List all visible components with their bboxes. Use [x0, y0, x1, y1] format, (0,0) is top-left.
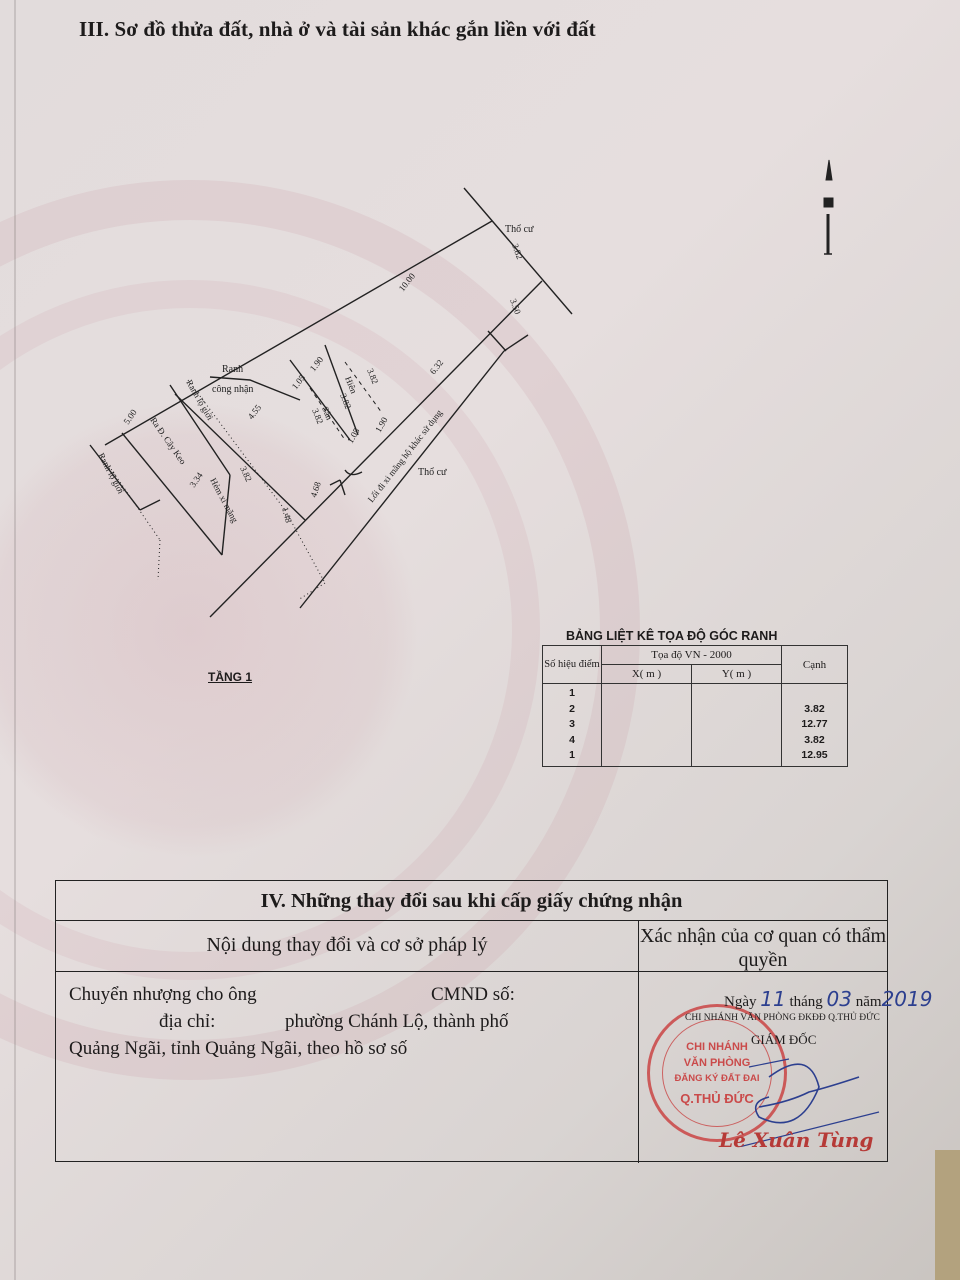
header-x: X( m ) [602, 665, 692, 684]
label-ranh-lo-gioi-1: Ranh lộ giới [184, 378, 215, 422]
dim-6-32: 6.32 [428, 358, 446, 377]
north-arrow-icon [824, 160, 833, 254]
col-confirm-header: Xác nhận của cơ quan có thẩm quyền [639, 921, 887, 971]
column-edges: 3.82 12.77 3.82 12.95 [782, 684, 848, 767]
dim-5-00: 5.00 [121, 407, 139, 426]
edge-1 [782, 686, 847, 702]
header-y: Y( m ) [692, 665, 782, 684]
label-tho-cu-top: Thổ cư [505, 224, 534, 235]
dim-3-82-hien: 3.82 [365, 367, 380, 385]
label-ranh-lo-gioi-2: Ranh lộ giới [96, 451, 126, 496]
coord-table: Số hiệu điểm Tọa độ VN - 2000 Cạnh X( m … [542, 645, 848, 767]
change-content: Chuyển nhượng cho ông CMND số: địa chỉ: … [56, 972, 639, 1163]
dim-3-34: 3.34 [187, 470, 205, 489]
dim-4-68: 4.68 [308, 480, 323, 499]
label-hem: Hẻm xi măng [208, 476, 240, 524]
address-label: địa chỉ: [159, 1011, 215, 1033]
address-text: phường Chánh Lộ, thành phố [285, 1011, 509, 1033]
coord-table-title: BẢNG LIỆT KÊ TỌA ĐỘ GÓC RANH [566, 629, 777, 643]
changes-table: IV. Những thay đổi sau khi cấp giấy chứn… [55, 880, 888, 1162]
edge-3: 12.77 [782, 717, 847, 733]
month-value: 03 [827, 987, 852, 1011]
signer-name: Lê Xuân Tùng [719, 1128, 873, 1152]
branch-name: CHI NHÁNH VĂN PHÒNG ĐKĐĐ Q.THỦ ĐỨC [685, 1013, 880, 1023]
dim-3-82-san: 3.82 [338, 392, 353, 410]
dim-1-05-b: 1.05 [345, 426, 362, 445]
land-plot-diagram: Thổ cư Thổ cư Ranh công nhận Ranh lộ giớ… [0, 0, 960, 720]
position-title: GIÁM ĐỐC [751, 1032, 816, 1048]
label-ra-duong: Ra Đ. Cây Keo [148, 415, 188, 466]
dim-4-55: 4.55 [246, 402, 264, 421]
header-point: Số hiệu điểm [543, 646, 602, 684]
header-system: Tọa độ VN - 2000 [602, 646, 782, 665]
section-4-title: IV. Những thay đổi sau khi cấp giấy chứn… [56, 881, 887, 921]
address-text-2: Quảng Ngãi, tỉnh Quảng Ngãi, theo hồ sơ … [69, 1038, 407, 1060]
dim-1-05-a: 1.05 [290, 372, 308, 391]
point-5: 1 [543, 748, 601, 764]
edge-5: 12.95 [782, 748, 847, 764]
dim-1-90-a: 1.90 [308, 354, 326, 373]
point-4: 4 [543, 733, 601, 749]
id-label: CMND số: [431, 984, 515, 1006]
column-y [692, 684, 782, 767]
year-value: 2019 [882, 987, 933, 1011]
day-value: 11 [760, 987, 785, 1011]
point-3: 3 [543, 717, 601, 733]
label-tho-cu-bottom: Thổ cư [418, 467, 447, 478]
confirmation-cell: CHI NHÁNH VĂN PHÒNG ĐĂNG KÝ ĐẤT ĐAI Q.TH… [639, 972, 887, 1163]
transfer-text: Chuyển nhượng cho ông [69, 984, 257, 1006]
floor-label: TẦNG 1 [208, 670, 252, 684]
label-ranh-1: Ranh [222, 364, 243, 375]
column-points: 1 2 3 4 1 [543, 684, 602, 767]
confirmation-date: Ngày 11 tháng 03 năm2019 [724, 987, 932, 1011]
point-1: 1 [543, 686, 601, 702]
col-content-header: Nội dung thay đổi và cơ sở pháp lý [56, 921, 639, 971]
dim-1-48: 1.48 [280, 506, 294, 524]
edge-4: 3.82 [782, 733, 847, 749]
desk-edge [935, 1150, 960, 1280]
dim-3-82-top: 3.82 [510, 242, 525, 260]
dim-1-90-b: 1.90 [373, 415, 390, 434]
edge-2: 3.82 [782, 702, 847, 718]
column-x [602, 684, 692, 767]
point-2: 2 [543, 702, 601, 718]
header-edge: Cạnh [782, 646, 848, 684]
label-ranh-2: công nhận [212, 384, 253, 395]
